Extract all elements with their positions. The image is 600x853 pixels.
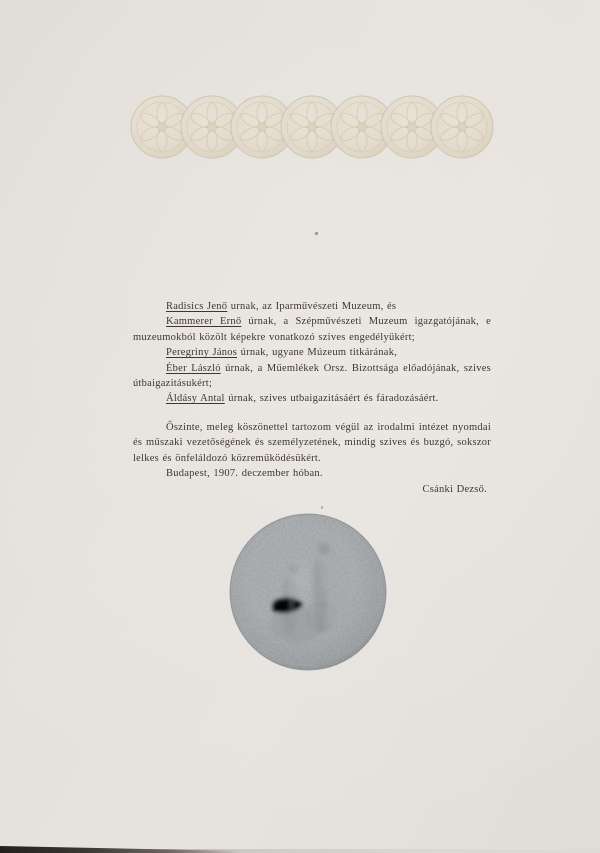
closing-paragraph: Őszinte, meleg köszönettel tartozom végü… — [133, 420, 491, 466]
acknowledgement-entry: Áldásy Antal úrnak, szives utbaigazitásá… — [133, 391, 491, 406]
person-name: Peregriny János — [166, 347, 237, 358]
acknowledgements-text-block: Radisics Jenő urnak, az Iparművészeti Mu… — [133, 299, 491, 497]
entry-text: urnak, az Iparművészeti Muzeum, és — [227, 301, 396, 312]
entry-text: úrnak, ugyane Múzeum titkárának, — [237, 347, 397, 358]
medal-photograph — [229, 513, 387, 671]
person-name: Kammerer Ernő — [166, 316, 241, 327]
person-name: Áldásy Antal — [166, 393, 225, 404]
dateline: Budapest, 1907. deczember hóban. — [133, 466, 491, 481]
person-name: Radisics Jenő — [166, 301, 227, 312]
acknowledgement-entry: Éber László úrnak, a Műemlékek Orsz. Biz… — [133, 361, 491, 392]
embossed-medallion-row-ornament — [128, 93, 498, 161]
acknowledgement-entry: Kammerer Ernő úrnak, a Szépművészeti Muz… — [133, 314, 491, 345]
paper-speck — [315, 232, 318, 235]
author-signature: Csánki Dezső. — [133, 482, 491, 497]
acknowledgement-entry: Peregriny János úrnak, ugyane Múzeum tit… — [133, 345, 491, 360]
entry-text: úrnak, szives utbaigazitásáért és fárado… — [225, 393, 439, 404]
person-name: Éber László — [166, 363, 221, 374]
paper-speck — [321, 506, 323, 509]
acknowledgement-entry: Radisics Jenő urnak, az Iparművészeti Mu… — [133, 299, 491, 314]
scanned-page: Radisics Jenő urnak, az Iparművészeti Mu… — [0, 0, 600, 853]
